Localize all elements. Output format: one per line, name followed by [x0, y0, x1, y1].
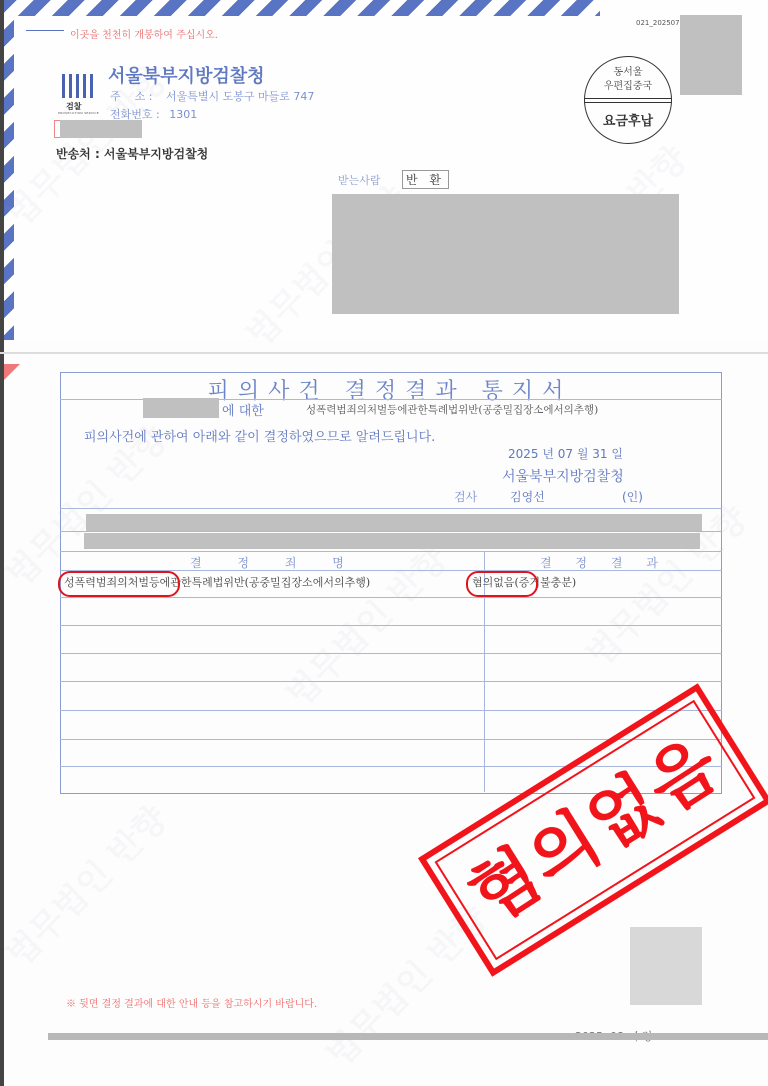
- table-line: [60, 625, 722, 626]
- postmark-office: 동서울 우편집중국: [584, 66, 672, 94]
- postmark-line1: 동서울: [584, 66, 672, 80]
- open-instruction: 이곳을 천천히 개봉하여 주십시오.: [70, 26, 218, 41]
- table-line: [60, 681, 722, 682]
- table-line: [60, 531, 722, 532]
- redacted-serial: [680, 15, 742, 95]
- recipient-label: 받는사람: [338, 172, 381, 188]
- table-line: [60, 710, 722, 711]
- prosecutor-name: 김영선: [510, 488, 545, 505]
- return-address: 반송처 : 서울북부지방검찰청: [56, 145, 208, 162]
- table-line: [60, 597, 722, 598]
- redacted-seal-area: [630, 927, 702, 1005]
- postmark-line2: 우편집중국: [584, 80, 672, 94]
- open-arrow-icon: [26, 30, 64, 32]
- highlight-circle-result: [466, 571, 538, 597]
- issuer-name: 서울북부지방검찰청: [502, 466, 624, 486]
- address-value: 서울특별시 도봉구 마들로 747: [166, 90, 314, 103]
- recipient-value: 반 환: [402, 170, 449, 189]
- column-header-result: 결 정 결 과: [540, 554, 668, 571]
- phone-value: 1301: [169, 108, 197, 121]
- watermark: 법무법인 반향: [0, 793, 176, 975]
- sender-address: 주 소 : 서울특별시 도봉구 마들로 747: [110, 88, 314, 104]
- fold-line: [0, 352, 768, 354]
- column-header-charge: 결 정 죄 명: [190, 554, 360, 571]
- serial-number: 021_202507: [636, 19, 680, 27]
- scan-edge: [0, 0, 4, 1086]
- postmark-fee: 요금후납: [584, 110, 672, 129]
- charge-header: 성폭력범죄의처벌등에관한특례법위반(공중밀집장소에서의추행): [306, 402, 598, 417]
- postmark-divider: [584, 98, 672, 103]
- address-label: 주 소 :: [110, 90, 152, 103]
- prosecutor-label: 검사: [454, 488, 477, 505]
- redacted-decision-date-row: [84, 533, 700, 549]
- footnote: ※ 뒷면 결정 결과에 대한 안내 등을 참고하시기 바랍니다.: [66, 995, 317, 1010]
- redacted-sender-code: [60, 120, 142, 138]
- redacted-subject-name: [143, 398, 219, 418]
- airmail-stripes-top: [0, 0, 600, 16]
- sender-name: 서울북부지방검찰청: [108, 62, 265, 88]
- prosecution-logo-icon: [62, 74, 96, 98]
- redacted-case-row: [86, 514, 702, 532]
- highlight-circle-charge: [58, 571, 180, 597]
- table-line: [60, 653, 722, 654]
- redaction-bar: [48, 1033, 768, 1040]
- table-line: [60, 551, 722, 552]
- notice-date: 2025 년 07 월 31 일: [508, 445, 623, 462]
- seal-label: (인): [622, 488, 643, 505]
- redacted-recipient-address: [332, 194, 679, 314]
- notice-message: 피의사건에 관하여 아래와 같이 결정하였으므로 알려드립니다.: [84, 426, 435, 445]
- logo-subtext: PROSECUTION SERVICE: [58, 111, 99, 115]
- subject-suffix: 에 대한: [222, 400, 264, 419]
- table-top-line: [60, 508, 722, 509]
- corner-marker: [4, 364, 20, 380]
